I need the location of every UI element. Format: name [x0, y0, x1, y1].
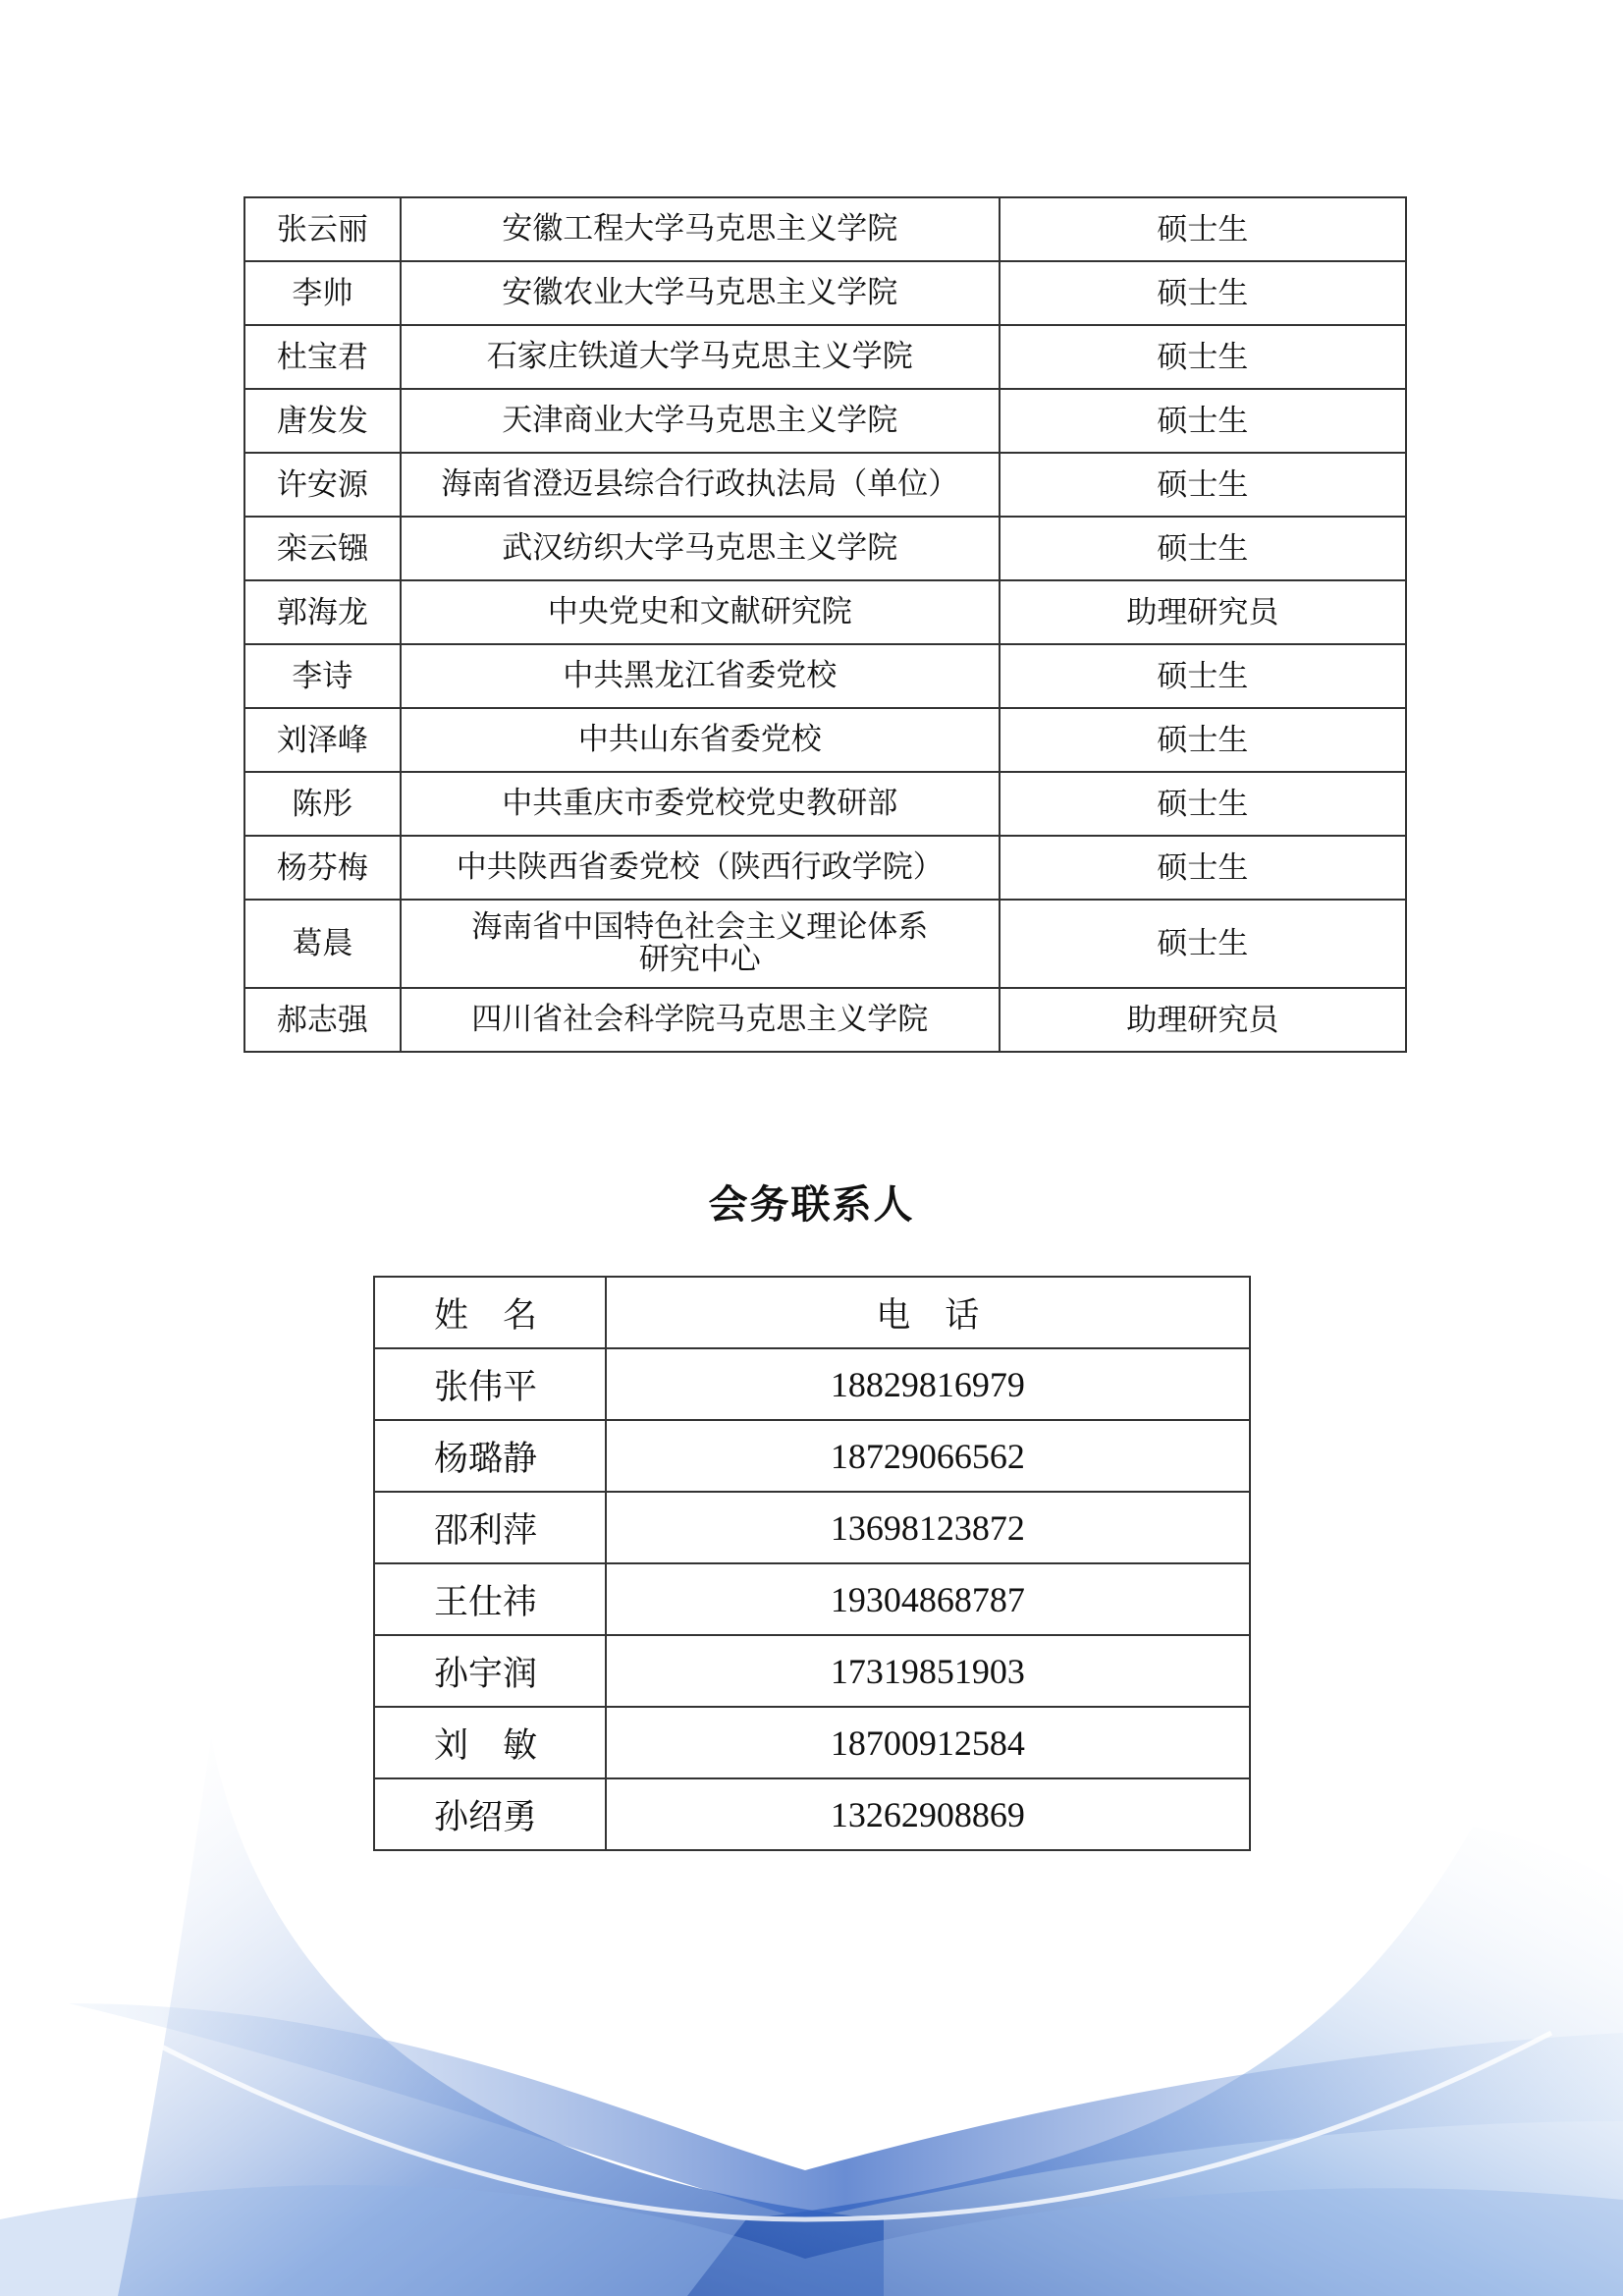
- attendee-name: 陈彤: [244, 772, 401, 836]
- table-row: 郭海龙中央党史和文献研究院助理研究员: [244, 580, 1406, 644]
- attendee-organization: 安徽工程大学马克思主义学院: [401, 197, 1000, 261]
- attendee-name: 杜宝君: [244, 325, 401, 389]
- attendee-name: 郝志强: [244, 988, 401, 1052]
- table-row: 张云丽安徽工程大学马克思主义学院硕士生: [244, 197, 1406, 261]
- organization-line-1: 海南省中国特色社会主义理论体系: [402, 911, 999, 944]
- table-row: 葛晨海南省中国特色社会主义理论体系研究中心硕士生: [244, 900, 1406, 988]
- attendee-name: 杨芬梅: [244, 836, 401, 900]
- table-row: 李帅安徽农业大学马克思主义学院硕士生: [244, 261, 1406, 325]
- contact-phone: 18729066562: [606, 1420, 1250, 1492]
- attendee-name: 葛晨: [244, 900, 401, 988]
- column-header-name: 姓 名: [374, 1277, 606, 1348]
- attendee-name: 刘泽峰: [244, 708, 401, 772]
- table-row: 刘 敏18700912584: [374, 1707, 1250, 1778]
- attendee-name: 许安源: [244, 453, 401, 517]
- contact-phone: 13698123872: [606, 1492, 1250, 1563]
- table-row: 刘泽峰中共山东省委党校硕士生: [244, 708, 1406, 772]
- attendee-organization: 中共陕西省委党校（陕西行政学院）: [401, 836, 1000, 900]
- contacts-section-title: 会务联系人: [0, 1174, 1623, 1230]
- table-row: 张伟平18829816979: [374, 1348, 1250, 1420]
- organization-line-2: 研究中心: [402, 944, 999, 976]
- contact-phone: 17319851903: [606, 1635, 1250, 1707]
- attendee-organization: 石家庄铁道大学马克思主义学院: [401, 325, 1000, 389]
- attendee-organization: 海南省澄迈县综合行政执法局（单位）: [401, 453, 1000, 517]
- table-row: 郝志强四川省社会科学院马克思主义学院助理研究员: [244, 988, 1406, 1052]
- table-row: 唐发发天津商业大学马克思主义学院硕士生: [244, 389, 1406, 453]
- attendee-organization: 中共山东省委党校: [401, 708, 1000, 772]
- attendee-title: 硕士生: [1000, 708, 1406, 772]
- contact-name: 张伟平: [374, 1348, 606, 1420]
- table-row: 陈彤中共重庆市委党校党史教研部硕士生: [244, 772, 1406, 836]
- attendee-title: 助理研究员: [1000, 988, 1406, 1052]
- table-row: 邵利萍13698123872: [374, 1492, 1250, 1563]
- attendee-name: 李帅: [244, 261, 401, 325]
- contact-phone: 18829816979: [606, 1348, 1250, 1420]
- attendee-organization: 天津商业大学马克思主义学院: [401, 389, 1000, 453]
- table-row: 杜宝君石家庄铁道大学马克思主义学院硕士生: [244, 325, 1406, 389]
- attendee-title: 硕士生: [1000, 900, 1406, 988]
- table-row: 杨璐静18729066562: [374, 1420, 1250, 1492]
- attendee-name: 唐发发: [244, 389, 401, 453]
- attendee-title: 硕士生: [1000, 325, 1406, 389]
- contact-name: 孙绍勇: [374, 1778, 606, 1850]
- attendee-name: 张云丽: [244, 197, 401, 261]
- table-row: 王仕祎19304868787: [374, 1563, 1250, 1635]
- attendee-title: 硕士生: [1000, 389, 1406, 453]
- attendee-organization: 四川省社会科学院马克思主义学院: [401, 988, 1000, 1052]
- table-row: 孙宇润17319851903: [374, 1635, 1250, 1707]
- contact-phone: 18700912584: [606, 1707, 1250, 1778]
- attendee-name: 李诗: [244, 644, 401, 708]
- attendee-title: 硕士生: [1000, 453, 1406, 517]
- contact-phone: 13262908869: [606, 1778, 1250, 1850]
- attendee-name: 栾云镪: [244, 517, 401, 580]
- table-header-row: 姓 名 电 话: [374, 1277, 1250, 1348]
- attendee-organization: 武汉纺织大学马克思主义学院: [401, 517, 1000, 580]
- attendee-title: 硕士生: [1000, 197, 1406, 261]
- attendee-name: 郭海龙: [244, 580, 401, 644]
- table-row: 李诗中共黑龙江省委党校硕士生: [244, 644, 1406, 708]
- attendee-organization: 安徽农业大学马克思主义学院: [401, 261, 1000, 325]
- table-row: 栾云镪武汉纺织大学马克思主义学院硕士生: [244, 517, 1406, 580]
- attendee-title: 硕士生: [1000, 772, 1406, 836]
- contact-name: 邵利萍: [374, 1492, 606, 1563]
- contact-name: 刘 敏: [374, 1707, 606, 1778]
- column-header-phone: 电 话: [606, 1277, 1250, 1348]
- attendee-title: 硕士生: [1000, 517, 1406, 580]
- attendee-organization: 中共黑龙江省委党校: [401, 644, 1000, 708]
- attendee-title: 硕士生: [1000, 644, 1406, 708]
- contact-name: 杨璐静: [374, 1420, 606, 1492]
- attendee-title: 助理研究员: [1000, 580, 1406, 644]
- attendee-organization: 海南省中国特色社会主义理论体系研究中心: [401, 900, 1000, 988]
- contact-name: 孙宇润: [374, 1635, 606, 1707]
- contacts-table: 姓 名 电 话 张伟平18829816979 杨璐静18729066562 邵利…: [373, 1276, 1251, 1851]
- attendee-organization: 中共重庆市委党校党史教研部: [401, 772, 1000, 836]
- attendee-organization: 中央党史和文献研究院: [401, 580, 1000, 644]
- table-row: 许安源海南省澄迈县综合行政执法局（单位）硕士生: [244, 453, 1406, 517]
- attendee-title: 硕士生: [1000, 836, 1406, 900]
- contact-name: 王仕祎: [374, 1563, 606, 1635]
- table-row: 孙绍勇13262908869: [374, 1778, 1250, 1850]
- contact-phone: 19304868787: [606, 1563, 1250, 1635]
- attendee-title: 硕士生: [1000, 261, 1406, 325]
- attendees-table: 张云丽安徽工程大学马克思主义学院硕士生 李帅安徽农业大学马克思主义学院硕士生 杜…: [243, 196, 1407, 1053]
- table-row: 杨芬梅中共陕西省委党校（陕西行政学院）硕士生: [244, 836, 1406, 900]
